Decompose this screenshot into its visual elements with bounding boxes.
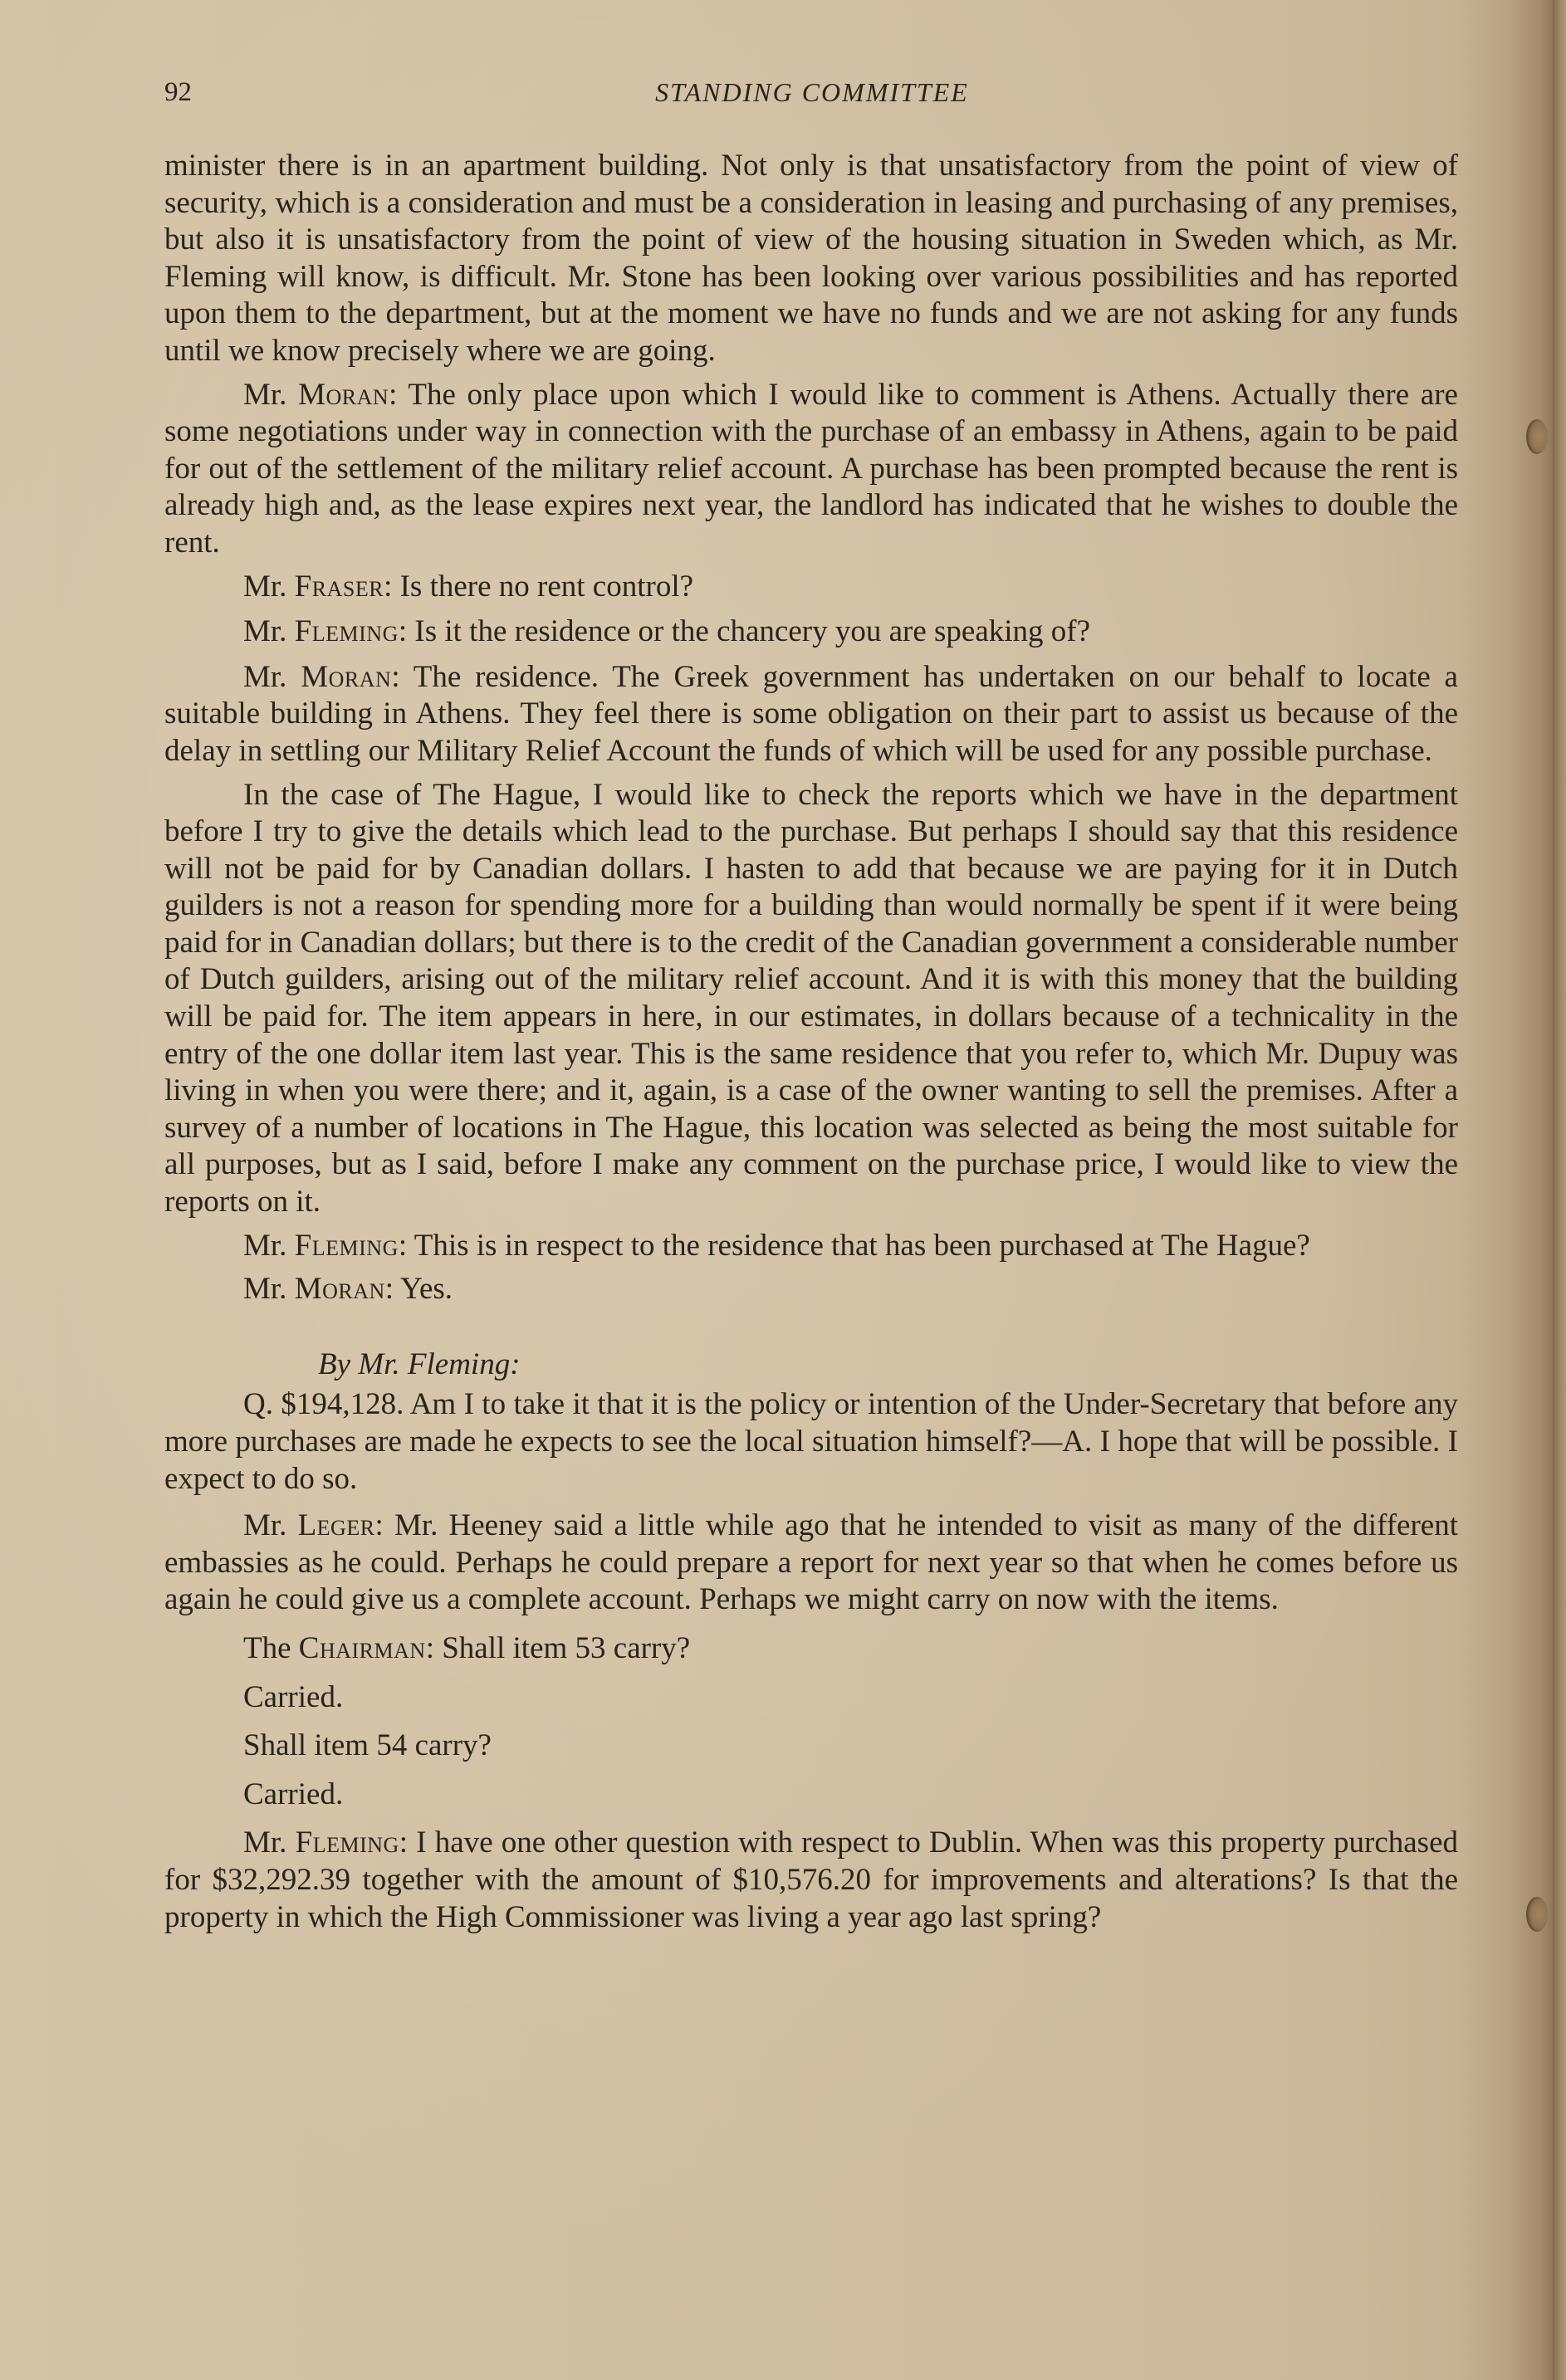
paragraph-indented: Carried. [164,1776,1458,1814]
paragraph-indented: Carried. [164,1679,1458,1717]
paragraph-text: Carried. [243,1777,343,1811]
speaker-prefix: Mr. [243,569,295,604]
speaker-colon: : [399,1229,414,1263]
speaker-colon: : [399,1825,416,1860]
binding-edge-line [1553,0,1554,2380]
speaker-prefix: Mr. [243,1825,296,1860]
speaker-colon: : [375,1508,394,1542]
paragraph-speech: Mr. Moran: Yes. [164,1271,1458,1308]
paragraph-indented: Shall item 54 carry? [164,1728,1458,1765]
paragraph-text: Yes. [400,1272,453,1306]
paragraph-text: Carried. [243,1680,343,1714]
paragraph-continuation: minister there is in an apartment buildi… [164,148,1458,370]
paragraph-speech: Mr. Fraser: Is there no rent control? [164,569,1458,606]
paragraph-text: Is it the residence or the chancery you … [414,614,1090,648]
paragraph-text: Shall item 54 carry? [243,1728,492,1762]
paragraph-indented: In the case of The Hague, I would like t… [164,777,1458,1221]
speaker-name: Fleming [296,1825,399,1860]
header-title: STANDING COMMITTEE [164,77,1460,108]
paragraph-speech: Mr. Fleming: I have one other question w… [164,1825,1458,1936]
speaker-name: Chairman [299,1631,426,1665]
paragraph-text: Is there no rent control? [400,569,693,604]
running-head: 92 STANDING COMMITTEE [164,77,1460,110]
paragraph-speech: Mr. Fleming: Is it the residence or the … [164,613,1458,651]
punch-hole-icon [1526,419,1548,454]
document-page: 92 STANDING COMMITTEE minister there is … [0,0,1566,2380]
punch-hole-icon [1526,1897,1548,1932]
speaker-name: Moran [301,660,391,694]
speaker-colon: : [399,614,415,648]
speaker-colon: : [391,660,413,694]
examiner-byline: By Mr. Fleming: [164,1346,1458,1384]
body-text: minister there is in an apartment buildi… [164,148,1458,1943]
paragraph-text: In the case of The Hague, I would like t… [164,778,1458,1219]
paragraph-text: Shall item 53 carry? [442,1631,690,1665]
speaker-prefix: Mr. [243,1272,295,1306]
speaker-prefix: The [243,1631,299,1665]
speaker-prefix: Mr. [243,378,298,412]
paragraph-speech: The Chairman: Shall item 53 carry? [164,1630,1458,1668]
speaker-name: Leger [298,1508,375,1542]
paragraph-question-answer: Q. $194,128. Am I to take it that it is … [164,1386,1458,1498]
speaker-colon: : [385,1272,400,1306]
speaker-prefix: Mr. [243,660,301,694]
paragraph-text: minister there is in an apartment buildi… [164,149,1458,368]
paragraph-speech: Mr. Leger: Mr. Heeney said a little whil… [164,1508,1458,1619]
speaker-colon: : [384,569,400,604]
speaker-prefix: Mr. [243,1229,295,1263]
speaker-prefix: Mr. [243,1508,298,1542]
speaker-name: Fleming [295,1229,399,1263]
paragraph-speech: Mr. Fleming: This is in respect to the r… [164,1228,1458,1265]
speaker-name: Moran [295,1272,385,1306]
speaker-name: Moran [298,378,389,412]
speaker-colon: : [426,1631,443,1665]
paragraph-text: Q. $194,128. Am I to take it that it is … [164,1387,1458,1495]
speaker-name: Fraser [295,569,384,604]
speaker-colon: : [389,378,408,412]
speaker-name: Fleming [295,614,399,648]
paragraph-speech: Mr. Moran: The residence. The Greek gove… [164,659,1458,770]
speaker-prefix: Mr. [243,614,295,648]
page-edge-shadow [1508,0,1566,2380]
paragraph-speech: Mr. Moran: The only place upon which I w… [164,377,1458,562]
paragraph-text: This is in respect to the residence that… [414,1229,1310,1263]
